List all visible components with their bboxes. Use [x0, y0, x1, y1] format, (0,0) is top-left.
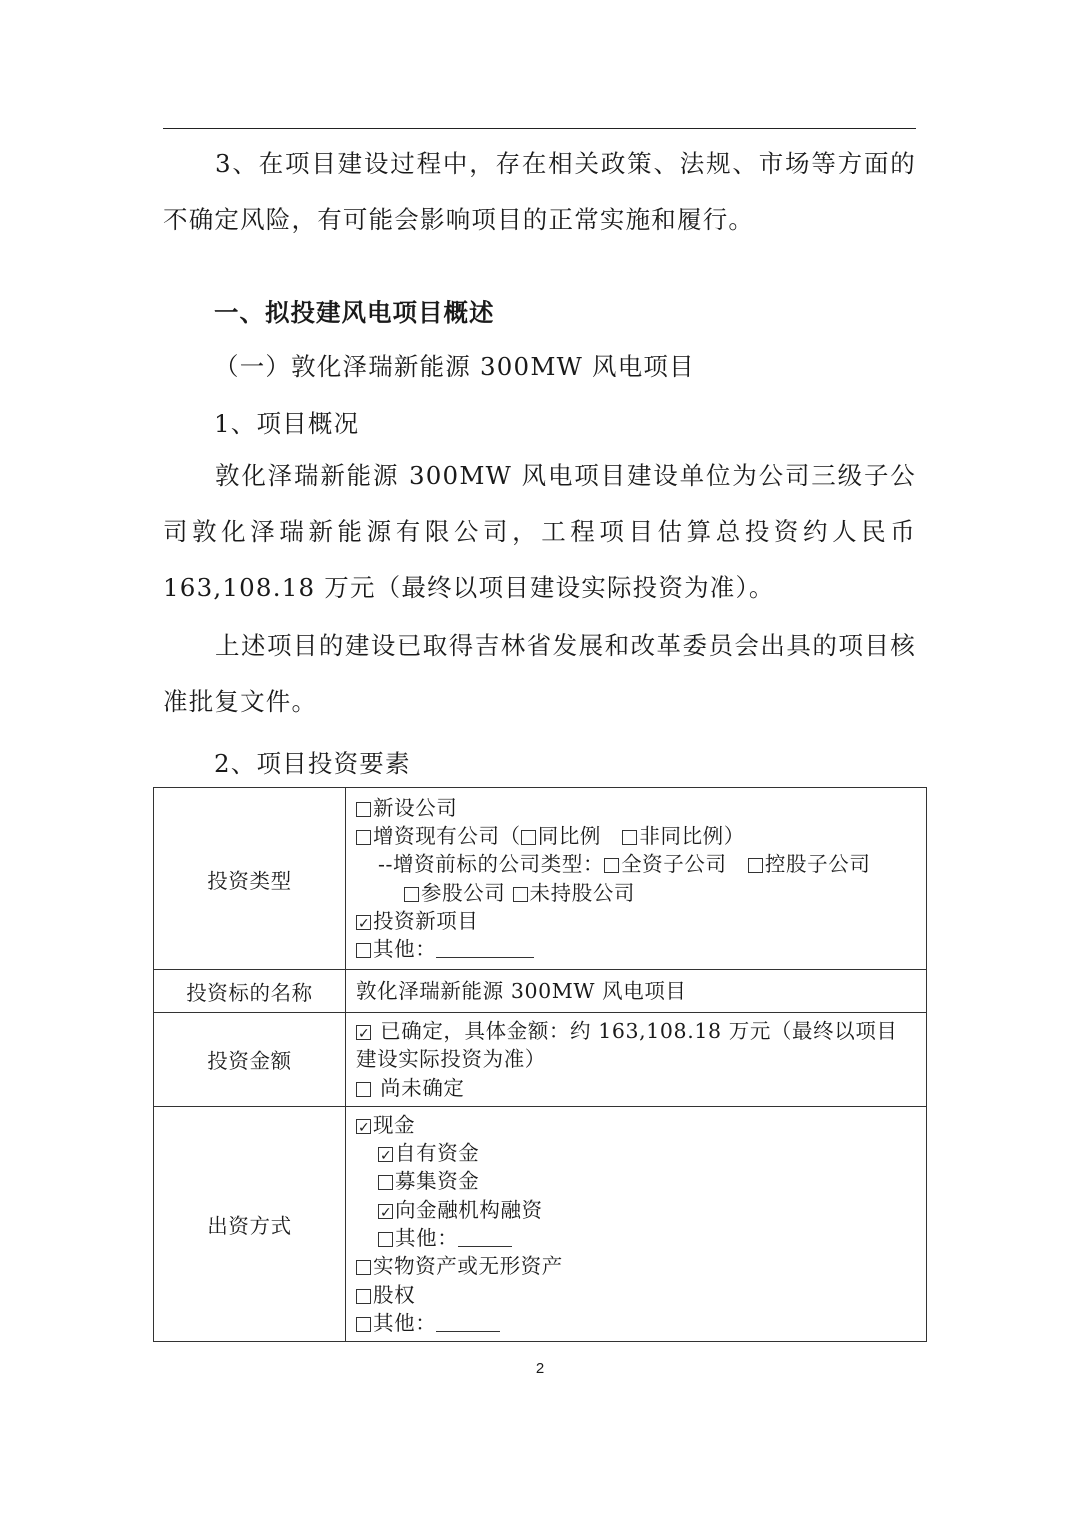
label-target-name: 投资标的名称 — [154, 970, 346, 1013]
option-physical-intangible: 实物资产或无形资产 — [356, 1252, 918, 1280]
option-undetermined: 尚未确定 — [356, 1074, 918, 1102]
option-new-project: 投资新项目 — [356, 907, 918, 935]
option-equity: 股权 — [356, 1281, 918, 1309]
funding-method-options: 现金 自有资金 募集资金 向金融机构融资 其他： 实物资产或无形资产 股权 其他… — [346, 1106, 927, 1341]
item1-heading: 1、项目概况 — [214, 405, 359, 440]
checkbox-physical-intangible[interactable] — [356, 1260, 371, 1275]
blank-line-other-type[interactable] — [436, 939, 534, 958]
checkbox-raised-funds[interactable] — [378, 1175, 393, 1190]
investment-type-options: 新设公司 增资现有公司（同比例 非同比例） --增资前标的公司类型：全资子公司 … — [346, 788, 927, 970]
blank-line-cash-other[interactable] — [458, 1228, 512, 1247]
checkbox-cash-checked[interactable] — [356, 1119, 371, 1134]
option-pre-target-type: --增资前标的公司类型：全资子公司 控股子公司 — [356, 850, 918, 878]
option-capital-increase: 增资现有公司（同比例 非同比例） — [356, 822, 918, 850]
checkbox-same-ratio[interactable] — [521, 830, 536, 845]
target-name-value: 敦化泽瑞新能源 300MW 风电项目 — [346, 970, 927, 1013]
checkbox-own-funds-checked[interactable] — [378, 1147, 393, 1162]
checkbox-new-project-checked[interactable] — [356, 915, 371, 930]
investment-elements-table: 投资类型 新设公司 增资现有公司（同比例 非同比例） --增资前标的公司类型：全… — [153, 787, 927, 1342]
page-number: 2 — [0, 1360, 1080, 1377]
approval-paragraph: 上述项目的建设已取得吉林省发展和改革委员会出具的项目核准批复文件。 — [163, 618, 916, 730]
label-investment-amount: 投资金额 — [154, 1013, 346, 1107]
checkbox-determined-checked[interactable] — [356, 1025, 371, 1040]
section-heading: 一、拟投建风电项目概述 — [214, 294, 495, 329]
option-own-funds: 自有资金 — [356, 1139, 918, 1167]
option-cash: 现金 — [356, 1111, 918, 1139]
checkbox-undetermined[interactable] — [356, 1082, 371, 1097]
option-other-type: 其他： — [356, 935, 918, 963]
option-raised-funds: 募集资金 — [356, 1167, 918, 1195]
option-cash-other: 其他： — [356, 1224, 918, 1252]
option-financing: 向金融机构融资 — [356, 1196, 918, 1224]
checkbox-funding-other[interactable] — [356, 1317, 371, 1332]
table-row-investment-type: 投资类型 新设公司 增资现有公司（同比例 非同比例） --增资前标的公司类型：全… — [154, 788, 927, 970]
checkbox-capital-increase[interactable] — [356, 830, 371, 845]
label-funding-method: 出资方式 — [154, 1106, 346, 1341]
overview-paragraph: 敦化泽瑞新能源 300MW 风电项目建设单位为公司三级子公司敦化泽瑞新能源有限公… — [163, 448, 916, 616]
risk-paragraph: 3、在项目建设过程中，存在相关政策、法规、市场等方面的不确定风险，有可能会影响项… — [163, 136, 916, 248]
checkbox-equity[interactable] — [356, 1289, 371, 1304]
table-row-funding-method: 出资方式 现金 自有资金 募集资金 向金融机构融资 其他： 实物资产或无形资产 … — [154, 1106, 927, 1341]
investment-amount-options: 已确定，具体金额：约 163,108.18 万元（最终以项目建设实际投资为准） … — [346, 1013, 927, 1107]
option-funding-other: 其他： — [356, 1309, 918, 1337]
table-row-target-name: 投资标的名称 敦化泽瑞新能源 300MW 风电项目 — [154, 970, 927, 1013]
label-investment-type: 投资类型 — [154, 788, 346, 970]
option-participating-row: 参股公司 未持股公司 — [356, 879, 918, 907]
item2-heading: 2、项目投资要素 — [214, 745, 411, 780]
header-rule — [163, 128, 916, 129]
checkbox-financing-checked[interactable] — [378, 1204, 393, 1219]
checkbox-participating[interactable] — [404, 887, 419, 902]
subsection-heading: （一）敦化泽瑞新能源 300MW 风电项目 — [214, 348, 695, 383]
checkbox-holding[interactable] — [748, 858, 763, 873]
table-row-investment-amount: 投资金额 已确定，具体金额：约 163,108.18 万元（最终以项目建设实际投… — [154, 1013, 927, 1107]
checkbox-non-holding[interactable] — [513, 887, 528, 902]
blank-line-funding-other[interactable] — [436, 1313, 500, 1332]
option-new-company: 新设公司 — [356, 794, 918, 822]
checkbox-wholly-owned[interactable] — [604, 858, 619, 873]
checkbox-cash-other[interactable] — [378, 1232, 393, 1247]
checkbox-other-type[interactable] — [356, 943, 371, 958]
option-determined: 已确定，具体金额：约 163,108.18 万元（最终以项目建设实际投资为准） — [356, 1017, 918, 1074]
checkbox-new-company[interactable] — [356, 802, 371, 817]
checkbox-non-same-ratio[interactable] — [622, 830, 637, 845]
